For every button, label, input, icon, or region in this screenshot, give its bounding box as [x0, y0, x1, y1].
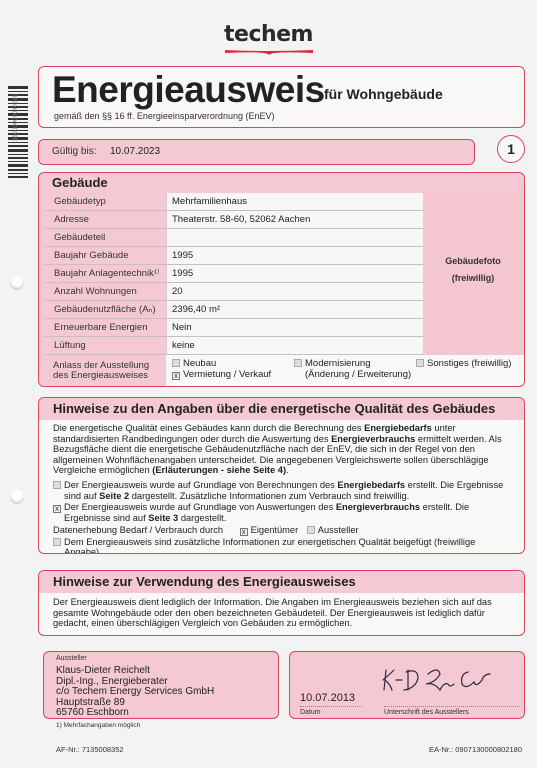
- checkbox-checked[interactable]: x: [172, 372, 180, 380]
- photo-optional-label: (freiwillig): [423, 273, 523, 283]
- logo-swoosh-icon: [223, 48, 315, 56]
- row-label: Baujahr Gebäude: [44, 247, 166, 264]
- row-label: Gebäudetyp: [44, 193, 166, 210]
- row-value: Nein: [166, 319, 423, 336]
- issuer-label: Aussteller: [56, 655, 87, 662]
- text: Der Energieausweis wurde auf Grundlage v…: [64, 480, 337, 490]
- page-title: Energieausweis: [52, 69, 325, 111]
- text: Der Energieausweis wurde auf Grundlage v…: [64, 502, 336, 512]
- reason-modernisierung[interactable]: Modernisierung: [294, 359, 370, 369]
- reason-neubau[interactable]: Neubau: [172, 359, 216, 369]
- table-row: Baujahr Anlagentechnik¹⁾1995: [44, 265, 423, 283]
- usage-notes-section: Hinweise zur Verwendung des Energieauswe…: [38, 570, 525, 636]
- issuer-company: c/o Techem Energy Services GmbH: [56, 687, 214, 698]
- page-number-badge: 1: [497, 135, 525, 163]
- text: Die energetische Qualität eines Gebäudes…: [53, 423, 364, 433]
- validity-label: Gültig bis:: [52, 146, 96, 157]
- quality-notes-title: Hinweise zu den Angaben über die energet…: [39, 398, 524, 420]
- row-label: Erneuerbare Energien: [44, 319, 166, 336]
- date-line: [300, 706, 362, 707]
- row-label: Adresse: [44, 211, 166, 228]
- issue-reason-options: Neubau xVermietung / Verkauf Modernisier…: [166, 355, 524, 386]
- text: dargestellt. Zusätzliche Informationen z…: [129, 491, 409, 501]
- checkbox[interactable]: [172, 359, 180, 367]
- row-label: Gebäudenutzfläche (Aₙ): [44, 301, 166, 318]
- issue-reason-row: Anlass der Ausstellung des Energieauswei…: [39, 355, 524, 386]
- reason-label: Vermietung / Verkauf: [183, 369, 271, 380]
- text-bold: Seite 3: [148, 513, 178, 523]
- data-collection-owner[interactable]: xEigentümer: [240, 525, 299, 535]
- table-row: Baujahr Gebäude1995: [44, 247, 423, 265]
- signature-icon: [378, 660, 498, 696]
- building-table: GebäudetypMehrfamilienhaus AdresseTheate…: [44, 193, 423, 355]
- row-label: Lüftung: [44, 337, 166, 354]
- text: Eigentümer: [251, 525, 299, 535]
- issue-reason-label-line2: des Energieausweises: [53, 371, 166, 381]
- text: Dem Energieausweis sind zusätzliche Info…: [64, 537, 475, 554]
- row-value: Theaterstr. 58-60, 52062 Aachen: [166, 211, 423, 228]
- data-collection-label: Datenerhebung Bedarf / Verbrauch durch: [53, 525, 223, 535]
- checkbox-checked[interactable]: x: [240, 528, 248, 536]
- ea-number: EA-Nr.: 0907130000802180: [429, 745, 522, 754]
- validity-value: 10.07.2023: [110, 146, 160, 157]
- page-subtitle: für Wohngebäude: [324, 86, 443, 102]
- text-bold: Energiebedarfs: [364, 423, 432, 433]
- logo-text: techem: [0, 24, 537, 46]
- checkbox[interactable]: [294, 359, 302, 367]
- text-bold: Energieverbrauchs: [336, 502, 420, 512]
- issuer-address: Klaus-Dieter Reichelt Dipl.-Ing., Energi…: [56, 666, 214, 719]
- checkbox[interactable]: [53, 538, 61, 546]
- reason-vermietung-verkauf[interactable]: xVermietung / Verkauf: [172, 370, 271, 380]
- table-row: Gebäudenutzfläche (Aₙ)2396,40 m²: [44, 301, 423, 319]
- row-value: Mehrfamilienhaus: [166, 193, 423, 210]
- row-label: Gebäudeteil: [44, 229, 166, 246]
- row-value: 2396,40 m²: [166, 301, 423, 318]
- row-label: Anzahl Wohnungen: [44, 283, 166, 300]
- date-label: Datum: [300, 709, 321, 716]
- techem-logo: techem: [0, 24, 537, 56]
- text: Aussteller: [318, 525, 359, 535]
- data-collection-row: Datenerhebung Bedarf / Verbrauch durch x…: [53, 525, 514, 536]
- data-collection-issuer[interactable]: Aussteller: [307, 525, 359, 535]
- usage-notes-title: Hinweise zur Verwendung des Energieauswe…: [39, 571, 524, 593]
- issue-reason-label: Anlass der Ausstellung des Energieauswei…: [39, 355, 166, 386]
- row-value: [166, 229, 423, 246]
- signature-line: [384, 706, 520, 707]
- text: .: [286, 465, 289, 475]
- usage-notes-text: Der Energieausweis dient lediglich der I…: [39, 593, 524, 629]
- building-section-title: Gebäude: [52, 175, 108, 190]
- text: dargestellt.: [178, 513, 226, 523]
- issuer-city: 65760 Eschborn: [56, 708, 214, 719]
- table-row: AdresseTheaterstr. 58-60, 52062 Aachen: [44, 211, 423, 229]
- table-row: Anzahl Wohnungen20: [44, 283, 423, 301]
- row-value: 20: [166, 283, 423, 300]
- row-value: keine: [166, 337, 423, 354]
- text-bold: (Erläuterungen - siehe Seite 4): [152, 465, 286, 475]
- option-energy-demand[interactable]: Der Energieausweis wurde auf Grundlage v…: [53, 480, 514, 501]
- reason-label: Sonstiges (freiwillig): [427, 358, 511, 369]
- text-bold: Energieverbrauchs: [331, 434, 415, 444]
- quality-notes-body: Die energetische Qualität eines Gebäudes…: [39, 420, 524, 554]
- text-bold: Seite 2: [99, 491, 129, 501]
- af-number: AF-Nr.: 7135008352: [56, 745, 124, 754]
- reason-modernisierung-detail: (Änderung / Erweiterung): [305, 370, 411, 380]
- building-photo-placeholder: Gebäudefoto (freiwillig): [423, 193, 523, 355]
- table-row: Gebäudeteil: [44, 229, 423, 247]
- quality-notes-intro: Die energetische Qualität eines Gebäudes…: [53, 423, 514, 476]
- signature-label: Unterschrift des Ausstellers: [384, 709, 469, 716]
- checkbox[interactable]: [307, 526, 315, 534]
- reason-label: Modernisierung: [305, 358, 370, 369]
- option-additional-info[interactable]: Dem Energieausweis sind zusätzliche Info…: [53, 537, 514, 554]
- row-value: 1995: [166, 247, 423, 264]
- photo-label: Gebäudefoto: [423, 256, 523, 266]
- punch-hole: [10, 490, 24, 504]
- table-row: Erneuerbare EnergienNein: [44, 319, 423, 337]
- row-value: 1995: [166, 265, 423, 282]
- table-row: GebäudetypMehrfamilienhaus: [44, 193, 423, 211]
- table-row: Lüftungkeine: [44, 337, 423, 355]
- quality-notes-section: Hinweise zu den Angaben über die energet…: [38, 397, 525, 554]
- barcode-number: 35000000040296: [13, 101, 19, 141]
- reason-label: Neubau: [183, 358, 216, 369]
- row-label: Baujahr Anlagentechnik¹⁾: [44, 265, 166, 282]
- option-energy-consumption[interactable]: xDer Energieausweis wurde auf Grundlage …: [53, 502, 514, 524]
- footnote: 1) Mehrfachangaben möglich: [56, 722, 140, 729]
- reason-sonstiges[interactable]: Sonstiges (freiwillig): [416, 359, 511, 369]
- punch-hole: [10, 276, 24, 290]
- checkbox[interactable]: [53, 481, 61, 489]
- law-reference: gemäß den §§ 16 ff. Energieeinsparverord…: [54, 111, 274, 121]
- issuer-name: Klaus-Dieter Reichelt: [56, 666, 214, 677]
- text-bold: Energiebedarfs: [337, 480, 405, 490]
- validity-box: [38, 139, 475, 165]
- signature-date: 10.07.2013: [300, 692, 355, 704]
- checkbox-checked[interactable]: x: [53, 505, 61, 513]
- checkbox[interactable]: [416, 359, 424, 367]
